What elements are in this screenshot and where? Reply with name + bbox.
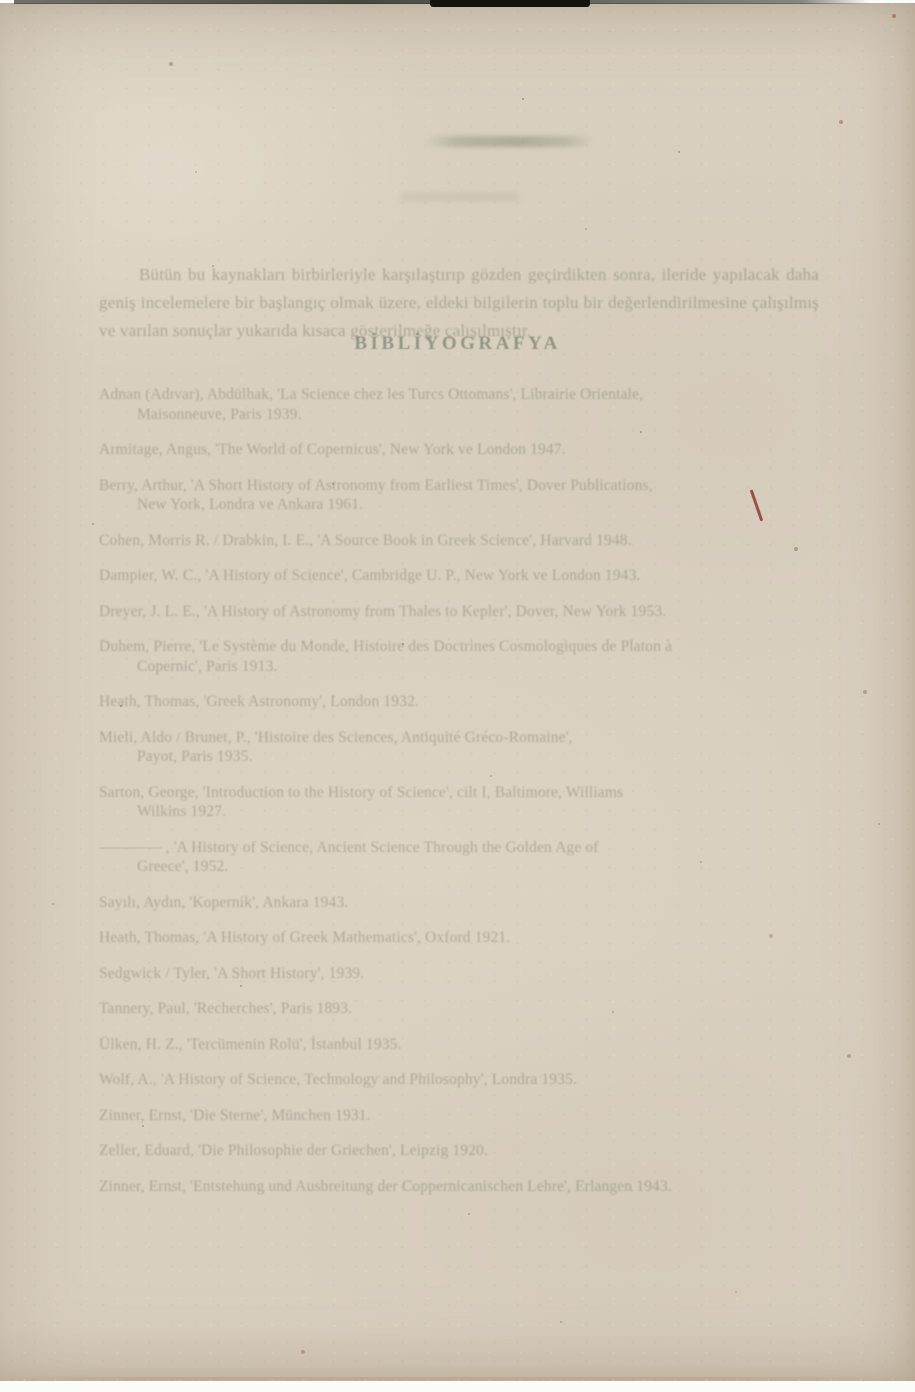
bibliography-entry-continuation-line: Maisonneuve, Paris 1939. [99,405,835,425]
bibliography-entry: Dampier, W. C., 'A History of Science', … [99,566,835,586]
bibliography-entry-first-line: Zinner, Ernst, 'Entstehung und Ausbreitu… [99,1177,835,1197]
bibliography-entry-continuation-line: Wilkins 1927. [99,802,835,822]
bibliography-entry-continuation-line: Payot, Paris 1935. [99,747,835,767]
bibliography-entry-first-line: Tannery, Paul, 'Recherches', Paris 1893. [99,999,835,1019]
bibliography-entry-first-line: ———— , 'A History of Science, Ancient Sc… [99,838,835,858]
bibliography-entry-first-line: Sarton, George, 'Introduction to the His… [99,783,835,803]
bibliography-entry: Mieli, Aldo / Brunet, P., 'Histoire des … [99,728,835,767]
bibliography-entry-first-line: Mieli, Aldo / Brunet, P., 'Histoire des … [99,728,835,748]
scanner-edge-blob [430,0,590,7]
bibliography-entry-continuation-line: New York, Londra ve Ankara 1961. [99,495,835,515]
faded-text-smudge [424,136,594,147]
bibliography-entry: Sayılı, Aydın, 'Kopernik', Ankara 1943. [99,893,835,913]
bibliography-entry-first-line: Ülken, H. Z., 'Tercümenin Rolü', İstanbu… [99,1035,835,1055]
bibliography-entry-first-line: Sedgwick / Tyler, 'A Short History', 193… [99,964,835,984]
bibliography-entry: Heath, Thomas, 'A History of Greek Mathe… [99,928,835,948]
bibliography-entry: Cohen, Morris R. / Drabkin, I. E., 'A So… [99,531,835,551]
bibliography-entry-first-line: Sayılı, Aydın, 'Kopernik', Ankara 1943. [99,893,835,913]
bibliography-entry: Dreyer, J. L. E., 'A History of Astronom… [99,602,835,622]
bibliography-list: Adnan (Adıvar), Abdülhak, 'La Science ch… [99,385,835,1212]
bibliography-entry: Adnan (Adıvar), Abdülhak, 'La Science ch… [99,385,835,424]
bibliography-entry-continuation-line: Copernic', Paris 1913. [99,657,835,677]
bibliography-entry: Heath, Thomas, 'Greek Astronomy', London… [99,692,835,712]
bibliography-entry: Sedgwick / Tyler, 'A Short History', 193… [99,964,835,984]
bibliography-entry-first-line: Armitage, Angus, 'The World of Copernicu… [99,440,835,460]
paper-sheet: Bütün bu kaynakları birbirleriyle karşıl… [0,3,915,1381]
bibliography-entry-first-line: Heath, Thomas, 'A History of Greek Mathe… [99,928,835,948]
bibliography-entry: Duhem, Pierre, 'Le Système du Monde, His… [99,637,835,676]
scanned-page: Bütün bu kaynakları birbirleriyle karşıl… [0,0,915,1392]
bibliography-entry: Armitage, Angus, 'The World of Copernicu… [99,440,835,460]
bibliography-entry: Sarton, George, 'Introduction to the His… [99,783,835,822]
bibliography-entry-first-line: Cohen, Morris R. / Drabkin, I. E., 'A So… [99,531,835,551]
bibliography-entry: Zeller, Eduard, 'Die Philosophie der Gri… [99,1141,835,1161]
bibliography-entry: ———— , 'A History of Science, Ancient Sc… [99,838,835,877]
faded-ink-smudge [400,193,520,201]
paper-bottom-edge [6,1377,906,1380]
bibliography-heading: BİBLİYOGRAFYA [0,333,915,355]
bibliography-entry-first-line: Zeller, Eduard, 'Die Philosophie der Gri… [99,1141,835,1161]
bibliography-entry-first-line: Heath, Thomas, 'Greek Astronomy', London… [99,692,835,712]
bibliography-entry-first-line: Zinner, Ernst, 'Die Sterne', München 193… [99,1106,835,1126]
bibliography-entry: Berry, Arthur, 'A Short History of Astro… [99,476,835,515]
bibliography-entry: Wolf, A., 'A History of Science, Technol… [99,1070,835,1090]
bibliography-entry-continuation-line: Greece', 1952. [99,857,835,877]
bibliography-entry-first-line: Adnan (Adıvar), Abdülhak, 'La Science ch… [99,385,835,405]
bibliography-entry-first-line: Wolf, A., 'A History of Science, Technol… [99,1070,835,1090]
bibliography-entry: Zinner, Ernst, 'Entstehung und Ausbreitu… [99,1177,835,1197]
bibliography-entry: Zinner, Ernst, 'Die Sterne', München 193… [99,1106,835,1126]
bibliography-entry: Tannery, Paul, 'Recherches', Paris 1893. [99,999,835,1019]
bibliography-entry-first-line: Duhem, Pierre, 'Le Système du Monde, His… [99,637,835,657]
paper-speckles [0,3,2,5]
bibliography-entry-first-line: Dampier, W. C., 'A History of Science', … [99,566,835,586]
bibliography-entry-first-line: Dreyer, J. L. E., 'A History of Astronom… [99,602,835,622]
bibliography-entry: Ülken, H. Z., 'Tercümenin Rolü', İstanbu… [99,1035,835,1055]
bibliography-entry-first-line: Berry, Arthur, 'A Short History of Astro… [99,476,835,496]
